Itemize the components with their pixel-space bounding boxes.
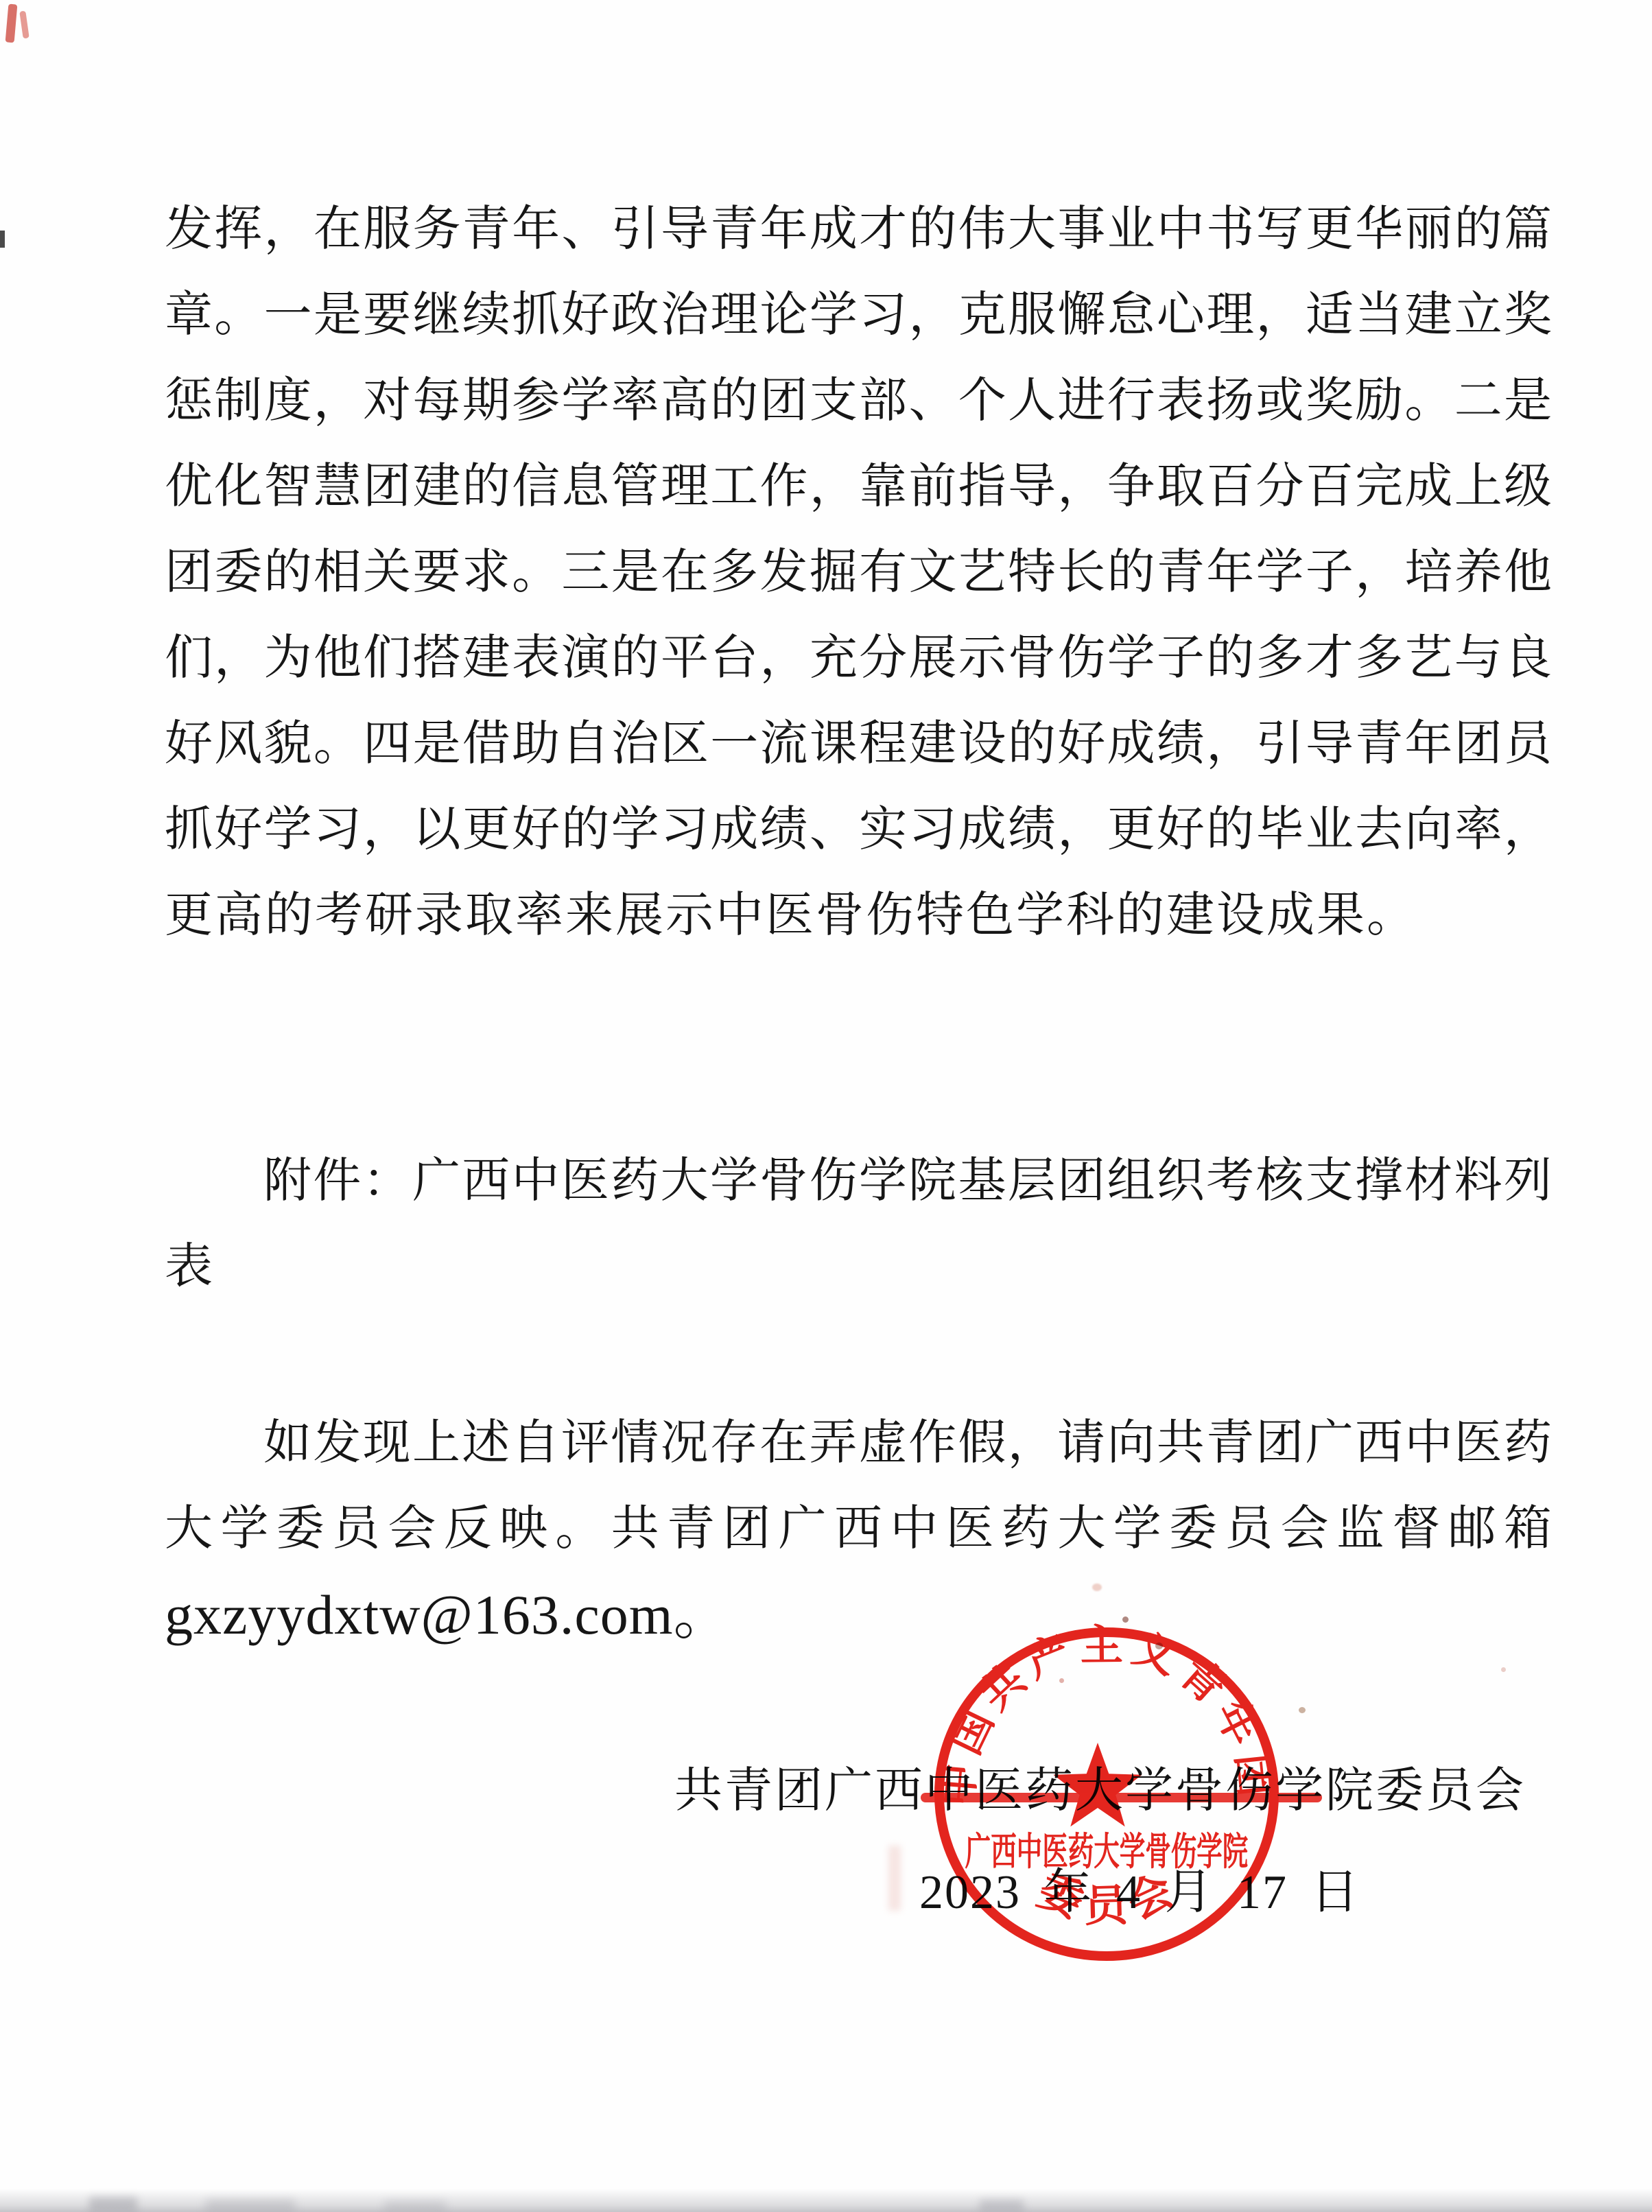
- seal-org-text: 广西中医药大学骨伤学院: [965, 1830, 1249, 1874]
- scan-speck: [1501, 1667, 1506, 1672]
- body-line: 好风貌。四是借助自治区一流课程建设的好成绩，引导青年团员: [165, 701, 1552, 787]
- closing-line: 大学委员会反映。共青团广西中医药大学委员会监督邮箱: [165, 1485, 1552, 1571]
- scanned-document-page: 发挥，在服务青年、引导青年成才的伟大事业中书写更华丽的篇 章。一是要继续抓好政治…: [0, 0, 1652, 2212]
- scan-bottom-edge: [0, 2189, 1652, 2212]
- scan-bottom-smudge: [384, 2201, 446, 2212]
- official-seal: 中国共产主义青年团 广西中医药大学骨伤学院 委员会: [878, 1578, 1345, 2031]
- scan-bottom-smudge: [980, 2200, 1024, 2212]
- body-paragraph: 发挥，在服务青年、引导青年成才的伟大事业中书写更华丽的篇 章。一是要继续抓好政治…: [165, 187, 1552, 958]
- body-line: 惩制度，对每期参学率高的团支部、个人进行表扬或奖励。二是: [165, 358, 1552, 444]
- body-line: 团委的相关要求。三是在多发掘有文艺特长的青年学子，培养他: [165, 530, 1552, 615]
- body-line: 抓好学习，以更好的学习成绩、实习成绩，更好的毕业去向率，: [165, 787, 1552, 873]
- attachment-block: 附件：广西中医药大学骨伤学院基层团组织考核支撑材料列 表: [165, 1138, 1552, 1310]
- body-line: 们，为他们搭建表演的平台，充分展示骨伤学子的多才多艺与良: [165, 615, 1552, 701]
- scan-bottom-smudge: [206, 2200, 295, 2212]
- scan-red-streak: [19, 11, 29, 39]
- seal-smear-line: [921, 1793, 1322, 1802]
- attachment-line: 表: [165, 1224, 1552, 1310]
- scan-red-streak: [5, 4, 18, 43]
- body-line: 章。一是要继续抓好政治理论学习，克服懈怠心理，适当建立奖: [165, 272, 1552, 358]
- body-line: 更高的考研录取率来展示中医骨伤特色学科的建设成果。: [165, 873, 1552, 958]
- closing-line: 如发现上述自评情况存在弄虚作假，请向共青团广西中医药: [165, 1400, 1552, 1485]
- seal-star-icon: [1053, 1743, 1142, 1826]
- scan-black-mark: [0, 231, 5, 248]
- body-line: 发挥，在服务青年、引导青年成才的伟大事业中书写更华丽的篇: [165, 187, 1552, 272]
- body-line: 优化智慧团建的信息管理工作，靠前指导，争取百分百完成上级: [165, 444, 1552, 530]
- attachment-line: 附件：广西中医药大学骨伤学院基层团组织考核支撑材料列: [165, 1138, 1552, 1224]
- scan-bottom-smudge: [89, 2197, 137, 2212]
